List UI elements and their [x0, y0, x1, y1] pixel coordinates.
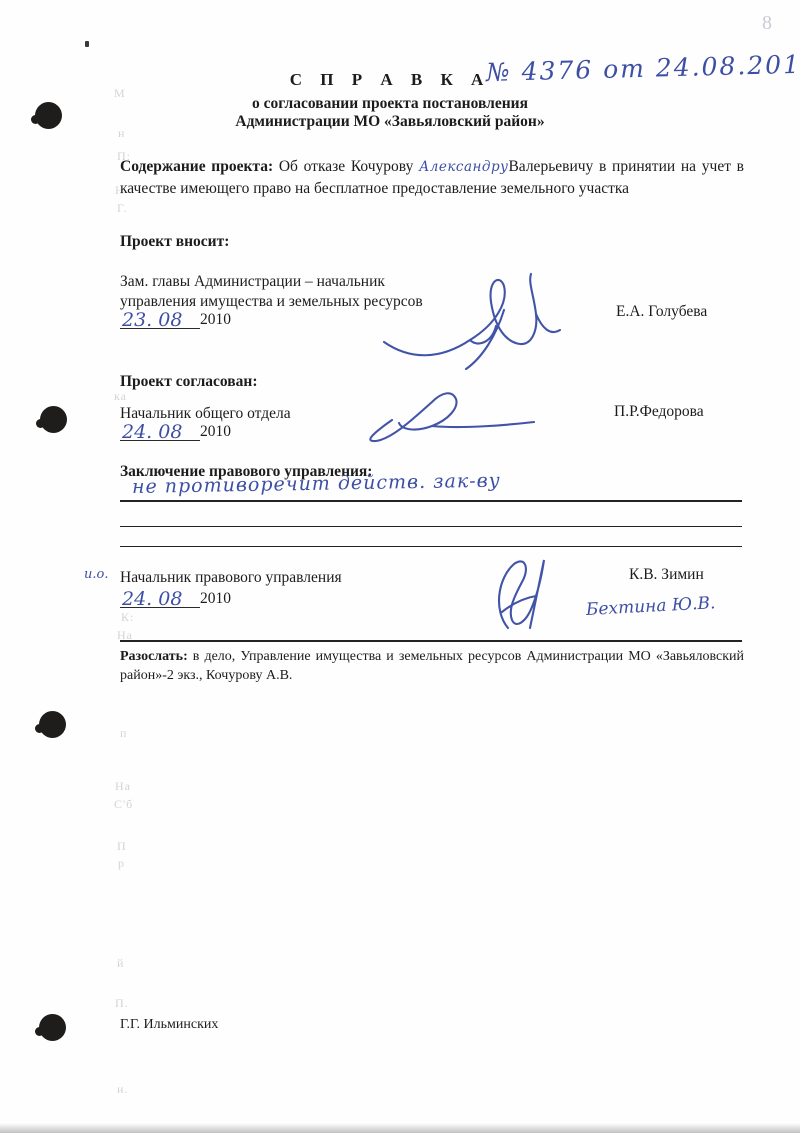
pravovoe-signer-name: К.В. Зимин [629, 566, 704, 584]
pravovoe-date: 24. 082010 [120, 587, 231, 608]
distribution-paragraph: Разослать: в дело, Управление имущества … [120, 647, 744, 685]
document-subtitle-line1: о согласовании проекта постановления [0, 94, 780, 113]
date-year: 2010 [200, 590, 231, 607]
hole-punch-dot [39, 1014, 66, 1041]
bleed-through-mark: П [117, 839, 127, 854]
handwritten-io-prefix: и.о. [84, 567, 108, 582]
project-content-paragraph: Содержание проекта: Об отказе Кочурову А… [120, 156, 744, 199]
handwritten-signer-name: Бехтина Ю.В. [585, 593, 715, 620]
bleed-through-mark: На [115, 779, 131, 794]
distribution-label: Разослать: [120, 649, 188, 664]
bleed-through-mark: н. [117, 1082, 128, 1097]
blank-line [120, 500, 742, 502]
date-underline: 24. 08 [120, 587, 200, 608]
handwritten-date: 24. 08 [122, 421, 182, 443]
bleed-through-mark: К: [121, 610, 134, 625]
section-heading-soglasovan: Проект согласован: [120, 371, 258, 392]
signature-zimin [488, 552, 558, 636]
date-year: 2010 [200, 311, 231, 328]
scanned-document-page: 8 М н П: Н Г. ка К: На п На С'б П р й П.… [0, 0, 800, 1133]
vnosit-date: 23. 082010 [120, 308, 231, 329]
ink-speck [85, 41, 89, 47]
blank-line [120, 546, 742, 547]
handwritten-name-insert: Александру [419, 159, 508, 175]
handwritten-date: 24. 08 [122, 588, 182, 610]
executor-name: Г.Г. Ильминских [120, 1017, 218, 1033]
date-year: 2010 [200, 423, 231, 440]
divider-rule [120, 640, 742, 642]
bleed-through-mark: Г. [117, 201, 128, 216]
vnosit-position-line1: Зам. главы Администрации – начальник [120, 271, 385, 292]
page-corner-number: 8 [762, 12, 772, 35]
bleed-through-mark: р [118, 856, 125, 871]
bleed-through-mark: С'б [114, 797, 133, 812]
hole-punch-dot [40, 406, 67, 433]
blank-line [120, 526, 742, 527]
bleed-through-mark: п [120, 726, 127, 741]
hole-punch-dot [39, 711, 66, 738]
soglasovan-date: 24. 082010 [120, 420, 231, 441]
distribution-text: в дело, Управление имущества и земельных… [120, 649, 744, 683]
signature-fedorova [358, 384, 553, 446]
bleed-through-mark: й [117, 956, 124, 971]
soglasovan-signer-name: П.Р.Федорова [614, 403, 704, 421]
handwritten-date: 23. 08 [122, 309, 182, 331]
section-heading-vnosit: Проект вносит: [120, 231, 229, 252]
document-subtitle-line2: Администрации МО «Завьяловский район» [0, 112, 780, 131]
pravovoe-position: Начальник правового управления [120, 567, 342, 588]
content-text-before: Об отказе Кочурову [279, 158, 414, 175]
content-label: Содержание проекта: [120, 158, 273, 175]
vnosit-signer-name: Е.А. Голубева [616, 303, 707, 321]
date-underline: 23. 08 [120, 308, 200, 329]
signature-golubeva [378, 270, 583, 370]
bleed-through-mark: П. [115, 996, 129, 1011]
date-underline: 24. 08 [120, 420, 200, 441]
